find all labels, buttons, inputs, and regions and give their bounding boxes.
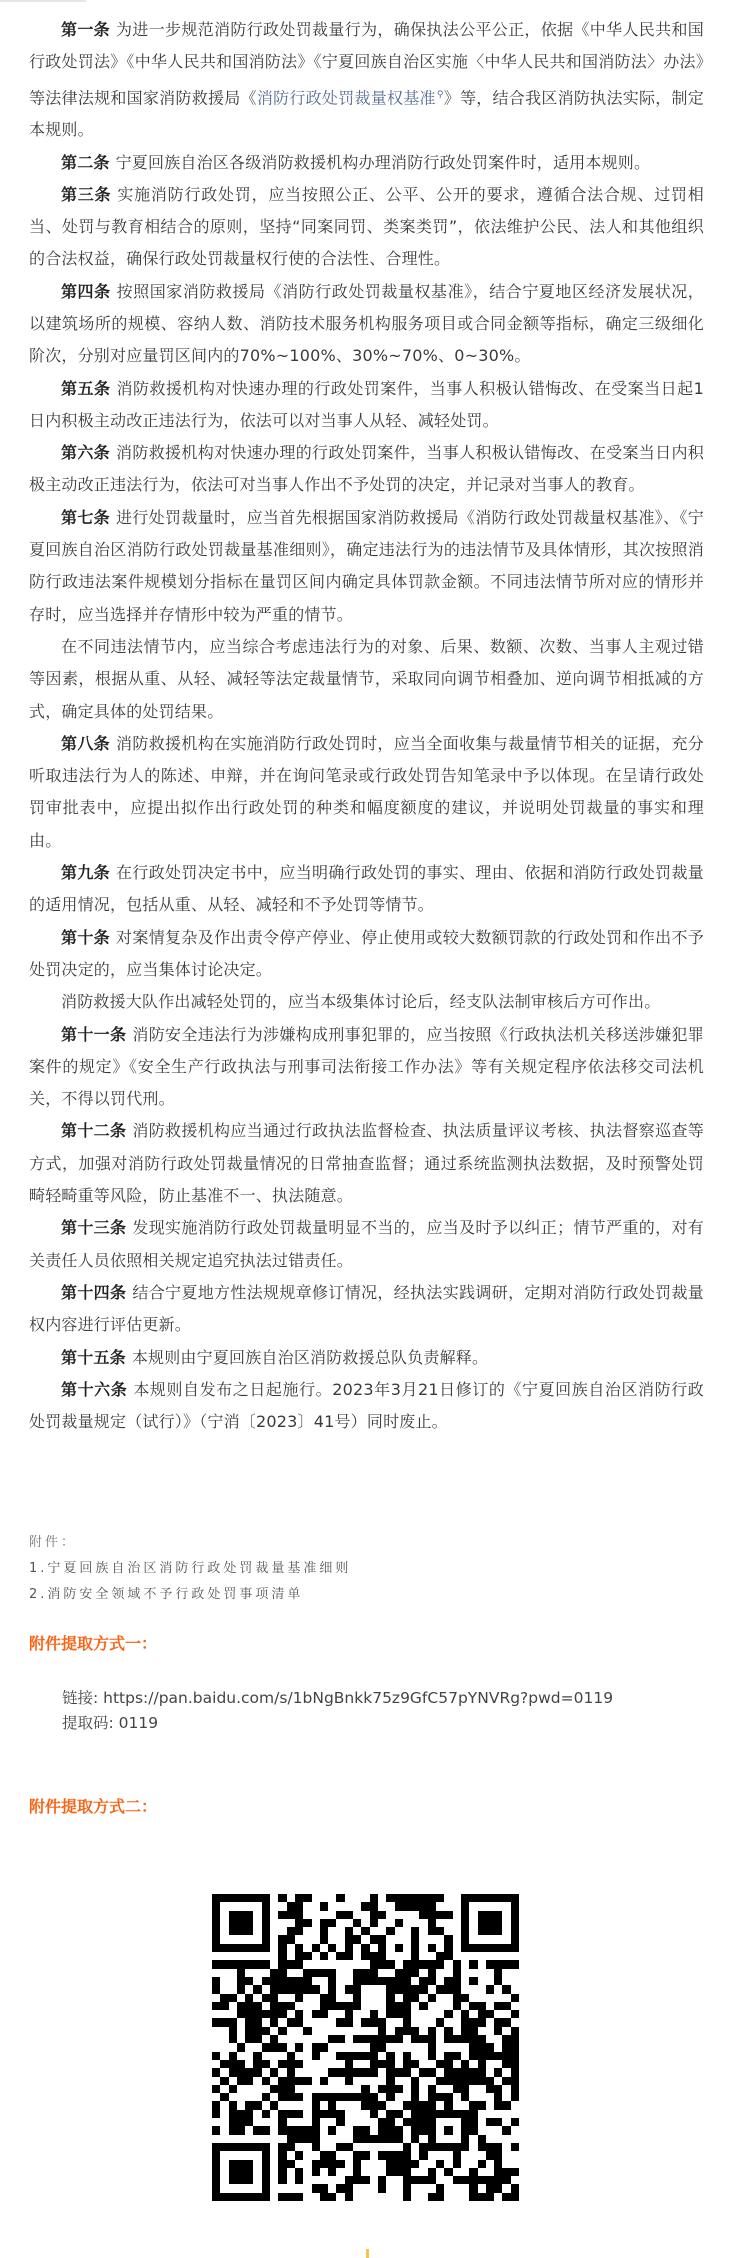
article-number: 第十三条	[61, 1218, 126, 1237]
article-1: 第一条为进一步规范消防行政处罚裁量行为，确保执法公平公正，依据《中华人民共和国行…	[29, 14, 704, 147]
download-link-row: 链接: https://pan.baidu.com/s/1bNgBnkk75z9…	[62, 1686, 613, 1711]
article-10-paragraph-2: 消防救援大队作出减轻处罚的，应当本级集体讨论后，经支队法制审核后方可作出。	[29, 986, 704, 1018]
article-2: 第二条宁夏回族自治区各级消防救援机构办理消防行政处罚案件时，适用本规则。	[29, 147, 704, 179]
article-7-paragraph-2: 在不同违法情节内，应当综合考虑违法行为的对象、后果、数额、次数、当事人主观过错等…	[29, 631, 704, 728]
search-icon[interactable]: ⚲	[437, 90, 444, 100]
qr-code-grid	[212, 1894, 519, 2201]
article-text: 消防救援机构在实施消防行政处罚时，应当全面收集与裁量情节相关的证据，充分听取违法…	[29, 734, 704, 850]
article-text: 消防救援机构应当通过行政执法监督检查、执法质量评议考核、执法督察巡查等方式，加强…	[29, 1121, 704, 1205]
article-number: 第三条	[61, 185, 111, 204]
extract-code: 0119	[119, 1714, 158, 1732]
article-text: 在行政处罚决定书中，应当明确行政处罚的事实、理由、依据和消防行政处罚裁量的适用情…	[29, 863, 704, 914]
regulation-link[interactable]: 消防行政处罚裁量权基准	[257, 88, 436, 107]
article-14: 第十四条结合宁夏地方性法规规章修订情况，经执法实践调研，定期对消防行政处罚裁量权…	[29, 1277, 704, 1342]
article-10: 第十条对案情复杂及作出责令停产停业、停止使用或较大数额罚款的行政处罚和作出不予处…	[29, 922, 704, 987]
article-15: 第十五条本规则由宁夏回族自治区消防救援总队负责解释。	[29, 1342, 704, 1374]
article-16: 第十六条本规则自发布之日起施行。2023年3月21日修订的《宁夏回族自治区消防行…	[29, 1374, 704, 1439]
article-4: 第四条按照国家消防救援局《消防行政处罚裁量权基准》，结合宁夏地区经济发展状况，以…	[29, 276, 704, 373]
article-number: 第十五条	[61, 1348, 126, 1367]
article-number: 第十四条	[61, 1283, 126, 1302]
article-text: 消防救援机构对快速办理的行政处罚案件，当事人积极认错悔改、在受案当日内积极主动改…	[29, 443, 704, 494]
download-link-block: 链接: https://pan.baidu.com/s/1bNgBnkk75z9…	[62, 1686, 613, 1736]
article-number: 第八条	[61, 734, 110, 753]
article-text: 本规则自发布之日起施行。2023年3月21日修订的《宁夏回族自治区消防行政处罚裁…	[29, 1380, 704, 1431]
article-5: 第五条消防救援机构对快速办理的行政处罚案件，当事人积极认错悔改、在受案当日起1日…	[29, 373, 704, 438]
article-13: 第十三条发现实施消防行政处罚裁量明显不当的，应当及时予以纠正；情节严重的，对有关…	[29, 1212, 704, 1277]
article-number: 第七条	[61, 508, 110, 527]
article-text: 本规则由宁夏回族自治区消防救援总队负责解释。	[132, 1348, 488, 1367]
article-text: 发现实施消防行政处罚裁量明显不当的，应当及时予以纠正；情节严重的，对有关责任人员…	[29, 1218, 704, 1269]
article-11: 第十一条消防安全违法行为涉嫌构成刑事犯罪的，应当按照《行政执法机关移送涉嫌犯罪案…	[29, 1019, 704, 1116]
attachments-title: 附件：	[29, 1530, 351, 1556]
article-text: 按照国家消防救援局《消防行政处罚裁量权基准》，结合宁夏地区经济发展状况，以建筑场…	[29, 282, 704, 366]
article-number: 第十一条	[61, 1025, 126, 1044]
article-number: 第六条	[61, 443, 110, 462]
code-label: 提取码:	[62, 1714, 119, 1732]
article-text: 进行处罚裁量时，应当首先根据国家消防救援局《消防行政处罚裁量权基准》、《宁夏回族…	[29, 508, 704, 624]
article-9: 第九条在行政处罚决定书中，应当明确行政处罚的事实、理由、依据和消防行政处罚裁量的…	[29, 857, 704, 922]
attachment-item: 2.消防安全领域不予行政处罚事项清单	[29, 1582, 351, 1608]
article-text: 结合宁夏地方性法规规章修订情况，经执法实践调研，定期对消防行政处罚裁量权内容进行…	[29, 1283, 704, 1334]
qr-code[interactable]	[212, 1894, 519, 2201]
article-number: 第一条	[61, 20, 110, 39]
article-body: 第一条为进一步规范消防行政处罚裁量行为，确保执法公平公正，依据《中华人民共和国行…	[29, 14, 704, 1438]
article-number: 第十条	[61, 928, 110, 947]
article-text: 实施消防行政处罚，应当按照公正、公平、公开的要求，遵循合法合规、过罚相当、处罚与…	[29, 185, 704, 269]
article-number: 第十二条	[61, 1121, 126, 1140]
attachment-item: 1.宁夏回族自治区消防行政处罚裁量基准细则	[29, 1556, 351, 1582]
article-number: 第二条	[61, 153, 110, 172]
article-text: 消防救援大队作出减轻处罚的，应当本级集体讨论后，经支队法制审核后方可作出。	[61, 992, 660, 1011]
article-number: 第十六条	[61, 1380, 127, 1399]
article-text: 消防救援机构对快速办理的行政处罚案件，当事人积极认错悔改、在受案当日起1日内积极…	[29, 379, 704, 430]
article-3: 第三条实施消防行政处罚，应当按照公正、公平、公开的要求，遵循合法合规、过罚相当、…	[29, 179, 704, 276]
article-text: 宁夏回族自治区各级消防救援机构办理消防行政处罚案件时，适用本规则。	[116, 153, 651, 172]
article-text: 消防安全违法行为涉嫌构成刑事犯罪的，应当按照《行政执法机关移送涉嫌犯罪案件的规定…	[29, 1025, 704, 1109]
method-two-title: 附件提取方式二：	[29, 1794, 157, 1817]
attachments-list: 附件： 1.宁夏回族自治区消防行政处罚裁量基准细则 2.消防安全领域不予行政处罚…	[29, 1530, 351, 1608]
article-12: 第十二条消防救援机构应当通过行政执法监督检查、执法质量评议考核、执法督察巡查等方…	[29, 1115, 704, 1212]
article-text: 对案情复杂及作出责令停产停业、停止使用或较大数额罚款的行政处罚和作出不予处罚决定…	[29, 928, 704, 979]
top-divider	[0, 0, 86, 2]
article-number: 第四条	[61, 282, 111, 301]
article-number: 第五条	[61, 379, 110, 398]
article-8: 第八条消防救援机构在实施消防行政处罚时，应当全面收集与裁量情节相关的证据，充分听…	[29, 728, 704, 857]
method-one-title: 附件提取方式一：	[29, 1631, 157, 1654]
article-6: 第六条消防救援机构对快速办理的行政处罚案件，当事人积极认错悔改、在受案当日内积极…	[29, 437, 704, 502]
article-text: 在不同违法情节内，应当综合考虑违法行为的对象、后果、数额、次数、当事人主观过错等…	[29, 637, 704, 721]
download-url[interactable]: https://pan.baidu.com/s/1bNgBnkk75z9GfC5…	[103, 1689, 613, 1707]
decorative-mark	[366, 2249, 369, 2258]
article-7: 第七条进行处罚裁量时，应当首先根据国家消防救援局《消防行政处罚裁量权基准》、《宁…	[29, 502, 704, 631]
extract-code-row: 提取码: 0119	[62, 1711, 613, 1736]
link-label: 链接:	[62, 1689, 103, 1707]
article-number: 第九条	[61, 863, 110, 882]
